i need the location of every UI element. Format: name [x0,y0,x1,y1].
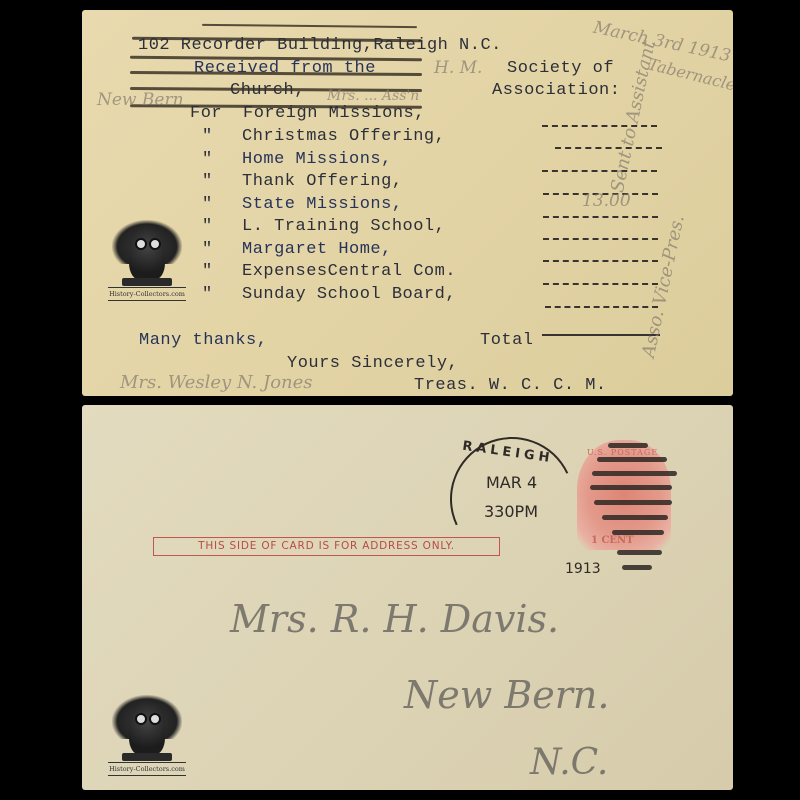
cancel-bar [617,550,662,555]
item-prefix: " [202,150,213,169]
total-label: Total [480,331,534,350]
item-prefix: " [202,127,213,146]
owl-icon [129,699,165,755]
state-missions-amount: 13.00 [582,191,631,211]
society-of-line: Society of [507,59,614,78]
owl-eye [149,713,161,725]
header-address: 102 Recorder Building,Raleigh N.C. [138,36,502,55]
divider [108,300,186,301]
item-prefix: " [202,195,213,214]
cancel-bar [592,471,677,476]
item-prefix: " [202,172,213,191]
book-icon [122,753,172,761]
postmark-time: 330PM [484,502,538,521]
item-label: Thank Offering, [242,172,403,191]
postcard-address-side: THIS SIDE OF CARD IS FOR ADDRESS ONLY. R… [82,405,733,790]
divider [108,775,186,776]
item-label: ExpensesCentral Com. [242,262,456,281]
recipient-city: New Bern. [404,673,609,717]
item-label: Sunday School Board, [242,285,456,304]
recipient-state: N.C. [530,742,608,783]
cancel-bar [622,565,652,570]
recipient-name: Mrs. R. H. Davis. [230,597,559,641]
treasurer-line: Treas. W. C. C. M. [414,376,607,395]
cancel-bar [594,500,672,505]
watermark-text: History-Collectors.com [102,290,192,298]
amount-line [543,283,658,285]
amount-line [542,170,657,172]
divider [108,762,186,763]
owl-eye [135,713,147,725]
amount-line [555,147,662,149]
item-prefix: " [202,285,213,304]
item-prefix: " [202,217,213,236]
owl-icon [129,224,165,280]
receipt-card-front: 102 Recorder Building,Raleigh N.C. Recei… [82,10,733,396]
cancel-bar [590,485,672,490]
stamp-postage-text: U.S. POSTAGE [587,448,658,457]
item-prefix: For [190,104,222,123]
item-label: State Missions, [242,195,403,214]
book-icon [122,278,172,286]
handwritten-church-name: New Bern [97,90,184,110]
address-only-notice: THIS SIDE OF CARD IS FOR ADDRESS ONLY. [153,537,500,556]
margin-note-vice-pres: Asso. Vice-Pres. [638,213,689,359]
strike-line [202,24,417,28]
church-line: Church, [230,81,305,100]
cancel-bar [612,530,664,535]
item-label: Foreign Missions, [243,104,425,123]
handwritten-church-note: Mrs. ... Ass'n [327,88,419,104]
item-label: Christmas Offering, [242,127,445,146]
watermark-text: History-Collectors.com [102,765,192,773]
received-from-line: Received from the [194,59,376,78]
item-label: Margaret Home, [242,240,392,259]
cancel-bar [608,443,648,448]
cancel-bar [597,457,667,462]
amount-line [543,216,658,218]
signature: Mrs. Wesley N. Jones [120,372,313,393]
owl-eye [135,238,147,250]
closing-sincerely: Yours Sincerely, [287,354,458,373]
stamp-value: 1 CENT [591,535,634,546]
item-label: Home Missions, [242,150,392,169]
handwritten-society-name: H. M. [434,58,482,78]
item-prefix: " [202,240,213,259]
cancel-bar [602,515,668,520]
association-line: Association: [492,81,620,100]
history-collectors-logo: History-Collectors.com [102,695,192,785]
postmark-year: 1913 [565,561,601,577]
history-collectors-logo: History-Collectors.com [102,220,192,310]
postmark-date: MAR 4 [486,473,537,492]
item-prefix: " [202,262,213,281]
amount-line [545,306,658,308]
divider [108,287,186,288]
closing-thanks: Many thanks, [139,331,267,350]
amount-line [543,238,658,240]
item-label: L. Training School, [242,217,445,236]
owl-eye [149,238,161,250]
amount-line [543,260,658,262]
